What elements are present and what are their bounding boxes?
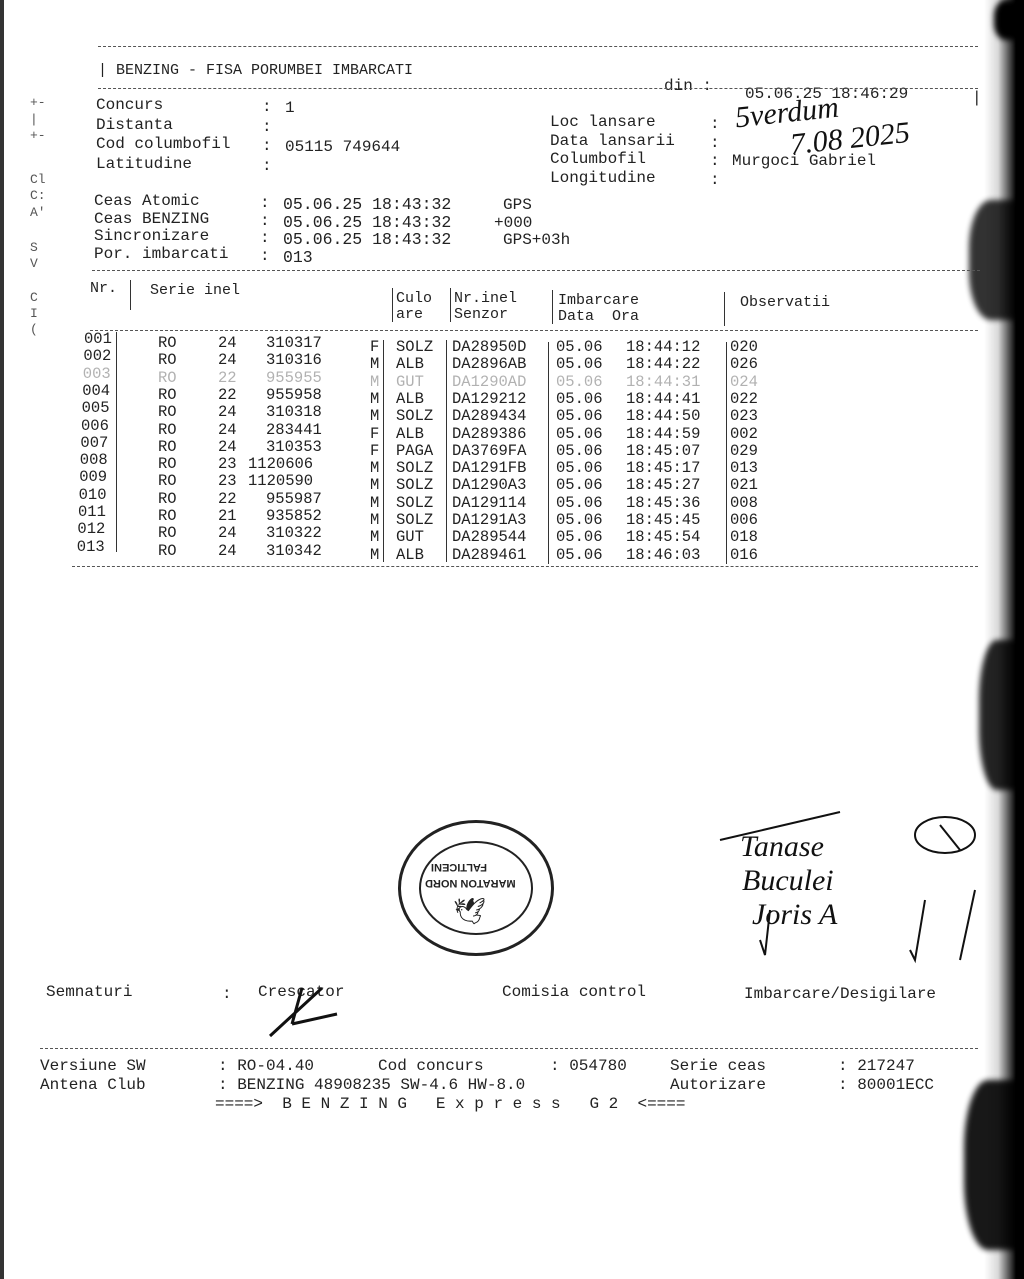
colon: :: [710, 172, 720, 189]
signature-imbarcare: Imbarcare/Desigilare: [744, 986, 936, 1003]
scan-artifact: [969, 200, 1024, 320]
din-label: din :: [664, 78, 712, 95]
table-row: 008RO231120606MSOLZDA1291FB05.0618:45:17…: [0, 451, 1024, 468]
table-row: 007RO24310353FPAGADA3769FA05.0618:45:070…: [0, 434, 1024, 451]
cell-nr: 008: [80, 451, 108, 469]
table-row: 011RO21935852MSOLZDA1291A305.0618:45:450…: [0, 503, 1024, 520]
stamp-line2: MARATON NORD: [425, 877, 516, 889]
margin-glyph: C: [30, 290, 38, 305]
info-label: Longitudine: [550, 170, 656, 187]
cell-an: 24: [218, 542, 237, 560]
margin-glyph: I: [30, 306, 38, 321]
info-label: Distanta: [96, 117, 173, 134]
info-label: Columbofil: [550, 151, 646, 168]
col-culoare-1: Culo: [396, 290, 432, 307]
cell-data: 05.06: [556, 546, 603, 564]
antena-label: Antena Club: [40, 1077, 146, 1094]
col-separator: [116, 332, 117, 552]
info-value: 05115 749644: [285, 139, 400, 156]
margin-glyph: Cl: [30, 172, 46, 187]
cell-nr: 009: [79, 468, 107, 486]
colon: :: [710, 153, 720, 170]
autorizare-label: Autorizare: [670, 1077, 766, 1094]
scan-artifact: [964, 1080, 1024, 1250]
colon: :: [262, 99, 272, 116]
col-culoare-2: are: [396, 306, 423, 323]
clock-value: 05.06.25 18:43:32: [283, 231, 451, 248]
cell-serie: 310342: [266, 542, 322, 560]
col-observatii: Observatii: [740, 294, 830, 311]
cell-nr: 006: [81, 417, 109, 435]
clock-label: Ceas BENZING: [94, 211, 209, 228]
club-stamp: FALTICENI MARATON NORD 🕊: [398, 820, 554, 956]
info-label: Latitudine: [96, 156, 192, 173]
crescator-signature-mark: [262, 984, 342, 1044]
clock-label: Por. imbarcati: [94, 246, 228, 263]
clock-suffix: GPS: [503, 197, 532, 214]
cell-nr: 005: [82, 399, 110, 417]
stamp-line1: FALTICENI: [431, 861, 487, 873]
table-row: 005RO24310318MSOLZDA28943405.0618:44:500…: [0, 399, 1024, 416]
clock-suffix: +000: [494, 215, 532, 232]
colon: :: [260, 195, 270, 212]
cell-nr: 004: [82, 382, 110, 400]
info-label: Data lansarii: [550, 133, 675, 150]
form-title: | BENZING - FISA PORUMBEI IMBARCATI: [98, 62, 413, 79]
clock-value: 05.06.25 18:43:32: [283, 196, 451, 213]
antena-value: : BENZING 48908235 SW-4.6 HW-8.0: [218, 1077, 525, 1094]
info-label: Cod columbofil: [96, 136, 230, 153]
signature-comisia: Comisia control: [502, 984, 646, 1001]
table-row: 003RO22955955MGUTDA1290AD05.0618:44:3102…: [0, 365, 1024, 382]
clock-suffix: GPS+03h: [503, 232, 570, 249]
clock-label: Sincronizare: [94, 228, 209, 245]
border-bar: |: [972, 90, 982, 107]
colon: :: [262, 158, 272, 175]
margin-glyph: +-: [30, 95, 46, 110]
clock-value: 05.06.25 18:43:32: [283, 214, 451, 231]
clock-label: Ceas Atomic: [94, 193, 200, 210]
table-row: 009RO231120590MSOLZDA1290A305.0618:45:27…: [0, 468, 1024, 485]
sw-version-label: Versiune SW: [40, 1058, 146, 1075]
divider: [98, 88, 978, 89]
colon: :: [262, 138, 272, 155]
autorizare-value: : 80001ECC: [838, 1077, 934, 1094]
col-serie: Serie inel: [150, 282, 240, 299]
table-row: 002RO24310316MALBDA2896AB05.0618:44:2202…: [0, 347, 1024, 364]
cell-nr: 007: [80, 434, 108, 452]
info-label: Concurs: [96, 97, 163, 114]
scan-artifact: [979, 640, 1024, 790]
cell-nr: 002: [83, 347, 111, 365]
info-value: 1: [285, 100, 295, 117]
table-row: 006RO24283441FALBDA28938605.0618:44:5900…: [0, 417, 1024, 434]
signature-3: Joris A: [752, 898, 837, 932]
col-separator: [450, 288, 451, 322]
col-separator: [726, 342, 727, 564]
clock-value: 013: [283, 249, 313, 266]
cell-senzor: DA289461: [452, 546, 526, 564]
table-row: 010RO22955987MSOLZDA12911405.0618:45:360…: [0, 486, 1024, 503]
colon: :: [710, 135, 720, 152]
divider: [72, 566, 978, 567]
scan-left-edge: [0, 0, 4, 1279]
col-separator: [724, 292, 725, 326]
divider: [92, 270, 980, 271]
margin-glyph: +-: [30, 128, 46, 143]
col-imbarcare-1: Imbarcare: [558, 292, 639, 309]
cell-sex: M: [370, 546, 379, 564]
col-separator: [548, 342, 549, 564]
margin-glyph: |: [30, 112, 38, 127]
table-row: 001RO24310317FSOLZDA28950D05.0618:44:120…: [0, 330, 1024, 347]
col-senzor-1: Nr.inel: [454, 290, 517, 307]
colon: :: [262, 119, 272, 136]
divider: [40, 1048, 978, 1049]
table-row: 004RO22955958MALBDA12921205.0618:44:4102…: [0, 382, 1024, 399]
benzing-banner: ====> B E N Z I N G E x p r e s s G 2 <=…: [215, 1096, 685, 1113]
cell-nr: 001: [84, 330, 112, 348]
cell-nr: 012: [77, 520, 105, 538]
divider: [98, 46, 978, 47]
signatures-sep: :: [222, 986, 232, 1003]
cod-concurs-label: Cod concurs: [378, 1058, 484, 1075]
colon: :: [260, 248, 270, 265]
cell-culoare: ALB: [396, 546, 424, 564]
sw-version-value: : RO-04.40: [218, 1058, 314, 1075]
table-row: 012RO24310322MGUTDA28954405.0618:45:5401…: [0, 520, 1024, 537]
col-nr: Nr.: [90, 280, 117, 297]
cod-concurs-value: : 054780: [550, 1058, 627, 1075]
serie-ceas-label: Serie ceas: [670, 1058, 766, 1075]
signature-1: Tanase: [740, 830, 824, 864]
cell-nr: 003: [83, 365, 111, 383]
pigeon-icon: 🕊: [453, 897, 486, 928]
col-separator: [130, 280, 131, 310]
margin-glyph: S: [30, 240, 38, 255]
cell-ora: 18:46:03: [626, 546, 700, 564]
scan-artifact: [994, 0, 1024, 40]
info-value: Murgoci Gabriel: [732, 153, 876, 170]
info-label: Loc lansare: [550, 114, 656, 131]
table-row: 013RO24310342MALBDA28946105.0618:46:0301…: [0, 538, 1024, 555]
col-separator: [446, 340, 447, 562]
cell-tara: RO: [158, 542, 177, 560]
col-separator: [392, 288, 393, 322]
cell-obs: 016: [730, 546, 758, 564]
cell-nr: 013: [77, 538, 105, 556]
colon: :: [260, 230, 270, 247]
serie-ceas-value: : 217247: [838, 1058, 915, 1075]
margin-glyph: C:: [30, 188, 46, 203]
col-imbarcare-2: Data Ora: [558, 308, 639, 325]
cell-nr: 011: [78, 503, 106, 521]
margin-glyph: A': [30, 205, 46, 220]
cell-nr: 010: [79, 486, 107, 504]
col-separator: [552, 290, 553, 324]
signatures-label: Semnaturi: [46, 984, 132, 1001]
col-senzor-2: Senzor: [454, 306, 508, 323]
colon: :: [260, 213, 270, 230]
colon: :: [710, 116, 720, 133]
signature-2: Buculei: [742, 864, 834, 898]
col-separator: [383, 340, 384, 562]
margin-glyph: V: [30, 256, 38, 271]
